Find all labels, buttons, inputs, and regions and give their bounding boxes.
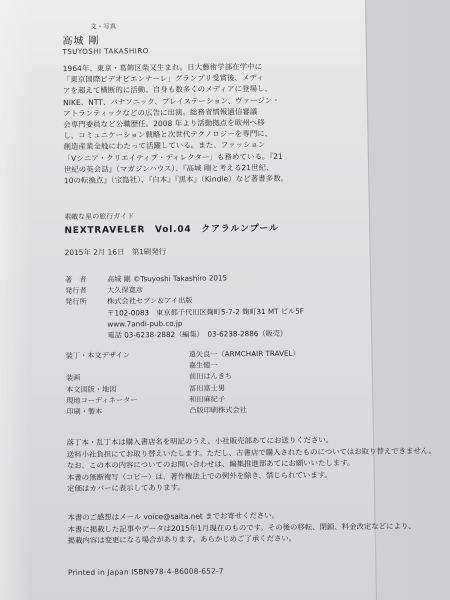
- credit-value: 凸版印刷株式会社: [189, 405, 247, 415]
- bio-line: 10の転換点』（宝島社）、『白本』『黒本』（Kindle）など著書多数。: [64, 173, 288, 187]
- credit-label: 印刷・製本: [66, 405, 189, 417]
- colophon-details: 著 者高城 剛 ©Tsuyoshi Takashiro 2015 発行者大久保寛…: [65, 272, 304, 342]
- notices-paragraph-1: 落丁本・乱丁本は購入書店名を明記のうえ、小社販売部あてにお送りください。 送料小…: [67, 433, 437, 494]
- credit-value: 遠矢良一（ARMCHAIR TRAVEL）: [189, 349, 300, 359]
- notices-paragraph-2: 本書のご感想はメール voice@saita.net までお寄せください。 本書…: [67, 508, 415, 546]
- author-bio: 1964年、東京・葛飾区柴又生まれ。日大藝術学部在学中に 「東京国際ビデオビエン…: [63, 61, 289, 187]
- isbn-line: Printed in Japan ISBN978-4-86008-652-7: [68, 566, 224, 577]
- credits-list: 装丁・本文デザイン遠矢良一（ARMCHAIR TRAVEL） 嘉生健一 装画前田…: [66, 348, 301, 418]
- author-role-label: 文・写真: [90, 22, 116, 31]
- series-name: 素敵な星の旅行ガイド: [64, 211, 134, 222]
- credit-value: 嘉生健一: [189, 361, 218, 370]
- author-name-roman: TSUYOSHI TAKASHIRO: [63, 47, 149, 56]
- credit-value: 前田はんきち: [189, 372, 232, 381]
- page-shading: [0, 0, 30, 600]
- colophon-value: 株式会社セブン＆アイ出版: [107, 296, 192, 306]
- address-text: 〒102-0083 東京都千代田区麹町5-7-2 麹町31 MT ビル5F: [107, 306, 304, 317]
- colophon-value: 大久保寛彦: [107, 285, 143, 294]
- website-text: www.7andi-pub.co.jp: [107, 319, 182, 329]
- notice-line: 定価はカバーに表示してあります。: [67, 479, 436, 494]
- colophon-label: 発行者: [65, 285, 107, 297]
- credit-value: 冨田富士男: [189, 383, 225, 392]
- author-name-ja: 高城 剛: [62, 32, 99, 47]
- book-title: NEXTRAVELER Vol.04 クアラルンプール: [64, 221, 278, 236]
- colophon-value: 高城 剛 ©Tsuyoshi Takashiro 2015: [107, 273, 227, 283]
- credit-label: [66, 368, 189, 369]
- phone-text: 電話 03-6238-2882（編集） 03-6238-2886（販売）: [107, 329, 287, 340]
- photo-scene: 文・写真 高城 剛 TSUYOSHI TAKASHIRO 1964年、東京・葛飾…: [0, 0, 450, 600]
- credit-value: 和田麻紀子: [189, 394, 225, 403]
- colophon-label: 発行所: [65, 296, 107, 308]
- colophon-label: 著 者: [65, 274, 107, 286]
- publication-date: 2015年 2月 16日 第1刷発行: [65, 246, 167, 258]
